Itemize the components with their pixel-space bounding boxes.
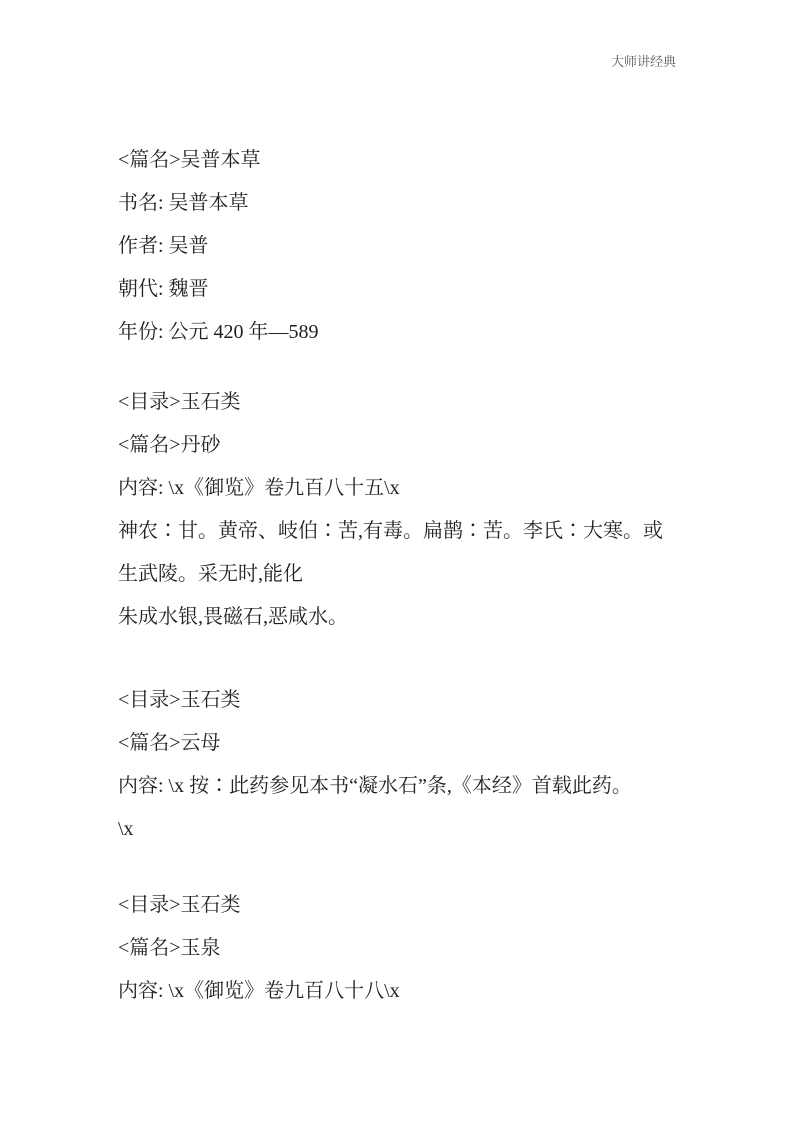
text-line: 书名: 吴普本草: [118, 182, 678, 225]
text-line: 内容: \x《御览》卷九百八十五\x: [118, 467, 678, 510]
text-line: 生武陵。采无时,能化: [118, 553, 678, 596]
text-line: 内容: \x 按∶此药参见本书“凝水石”条,《本经》首载此药。: [118, 765, 678, 808]
text-line: 朝代: 魏晋: [118, 268, 678, 311]
section-entry-yunmu: <目录>玉石类 <篇名>云母 内容: \x 按∶此药参见本书“凝水石”条,《本经…: [118, 679, 678, 851]
text-line: 朱成水银,畏磁石,恶咸水。: [118, 596, 678, 639]
text-line: <篇名>吴普本草: [118, 139, 678, 182]
text-line: <目录>玉石类: [118, 381, 678, 424]
text-line: <目录>玉石类: [118, 679, 678, 722]
section-book-info: <篇名>吴普本草 书名: 吴普本草 作者: 吴普 朝代: 魏晋 年份: 公元 4…: [118, 139, 678, 354]
text-line: 内容: \x《御览》卷九百八十八\x: [118, 970, 678, 1013]
section-entry-yuquan: <目录>玉石类 <篇名>玉泉 内容: \x《御览》卷九百八十八\x: [118, 884, 678, 1013]
text-line: 神农∶甘。黄帝、岐伯∶苦,有毒。扁鹊∶苦。李氏∶大寒。或: [118, 510, 678, 553]
text-line: <目录>玉石类: [118, 884, 678, 927]
text-line: \x: [118, 808, 678, 851]
page-header-title: 大师讲经典: [611, 52, 676, 72]
document-page: 大师讲经典 <篇名>吴普本草 书名: 吴普本草 作者: 吴普 朝代: 魏晋 年份…: [0, 0, 793, 1122]
text-line: 年份: 公元 420 年—589: [118, 311, 678, 354]
text-line: <篇名>云母: [118, 722, 678, 765]
section-entry-dansha: <目录>玉石类 <篇名>丹砂 内容: \x《御览》卷九百八十五\x 神农∶甘。黄…: [118, 381, 678, 639]
document-body: <篇名>吴普本草 书名: 吴普本草 作者: 吴普 朝代: 魏晋 年份: 公元 4…: [118, 139, 678, 1013]
text-line: <篇名>玉泉: [118, 927, 678, 970]
text-line: <篇名>丹砂: [118, 424, 678, 467]
text-line: 作者: 吴普: [118, 225, 678, 268]
